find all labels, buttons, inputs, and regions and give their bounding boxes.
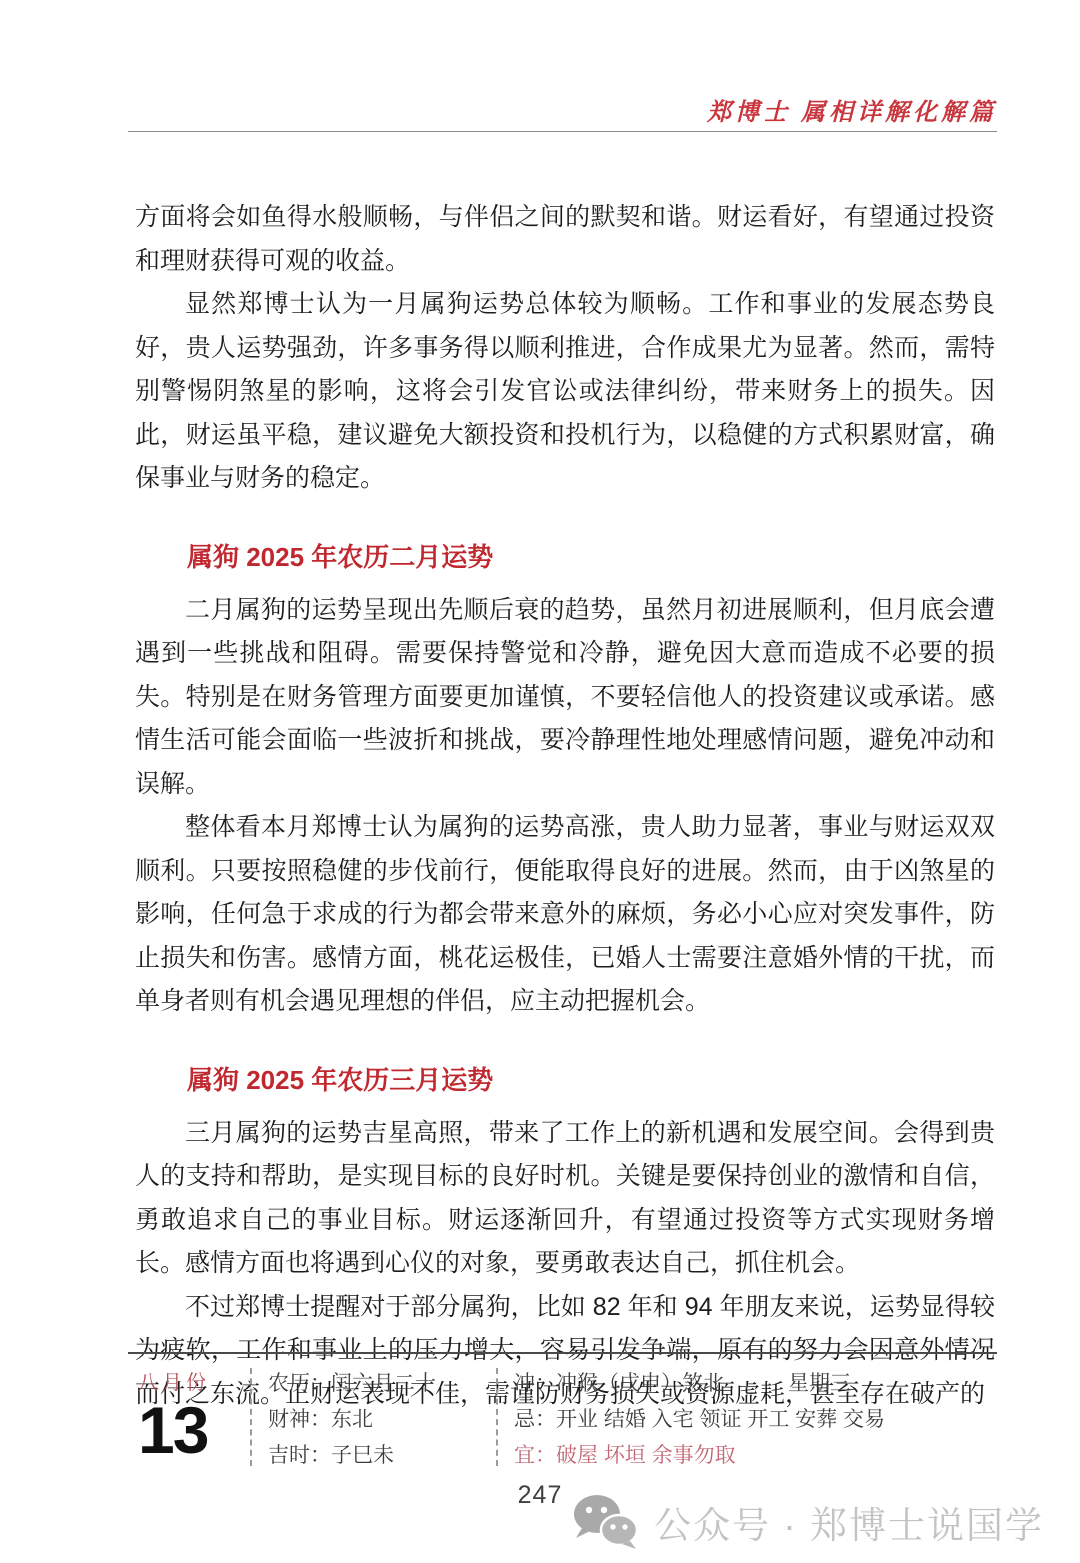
running-header: 郑博士 属相详解化解篇 [128, 92, 997, 132]
almanac-lunar-column: 农历：闰六月二十 财神：东北 吉时：子巳未 [268, 1366, 480, 1474]
almanac-lunar-date: 农历：闰六月二十 [268, 1366, 480, 1402]
almanac-day-number: 13 [138, 1397, 234, 1464]
watermark: 公众号 · 郑博士说国学 [572, 1494, 1044, 1550]
almanac-lucky-hours: 吉时：子巳未 [268, 1438, 480, 1474]
book-page: 郑博士 属相详解化解篇 方面将会如鱼得水般顺畅，与伴侣之间的默契和谐。财运看好，… [0, 0, 1080, 1563]
paragraph-february-2: 整体看本月郑博士认为属狗的运势高涨，贵人助力显著，事业与财运双双顺利。只要按照稳… [135, 806, 995, 1024]
wechat-icon [572, 1494, 640, 1550]
almanac-chong: 冲：冲猴（戊申）煞北 [514, 1366, 724, 1402]
paragraph-march-1: 三月属狗的运势吉星高照，带来了工作上的新机遇和发展空间。会得到贵人的支持和帮助，… [135, 1112, 995, 1286]
almanac-yi: 宜：破屋 坏垣 余事勿取 [514, 1438, 997, 1474]
almanac-strip: 八月份 13 农历：闰六月二十 财神：东北 吉时：子巳未 冲：冲猴（戊申）煞北 … [128, 1352, 997, 1474]
running-header-title: 郑博士 属相详解化解篇 [707, 92, 997, 127]
dashed-divider [250, 1368, 252, 1466]
paragraph-january-continued: 方面将会如鱼得水般顺畅，与伴侣之间的默契和谐。财运看好，有望通过投资和理财获得可… [135, 196, 995, 283]
paragraph-february-1: 二月属狗的运势呈现出先顺后衰的趋势，虽然月初进展顺利，但月底会遭遇到一些挑战和阻… [135, 589, 995, 807]
watermark-text: 公众号 · 郑博士说国学 [654, 1495, 1044, 1549]
almanac-advice-column: 冲：冲猴（戊申）煞北 星期三 忌：开业 结婚 入宅 领证 开工 安葬 交易 宜：… [514, 1366, 997, 1474]
almanac-weekday: 星期三 [788, 1366, 851, 1402]
almanac-wealth-god: 财神：东北 [268, 1402, 480, 1438]
paragraph-january-summary: 显然郑博士认为一月属狗运势总体较为顺畅。工作和事业的发展态势良好，贵人运势强劲，… [135, 283, 995, 501]
dashed-divider [496, 1368, 498, 1466]
almanac-ji: 忌：开业 结婚 入宅 领证 开工 安葬 交易 [514, 1402, 997, 1438]
document-body: 方面将会如鱼得水般顺畅，与伴侣之间的默契和谐。财运看好，有望通过投资和理财获得可… [135, 196, 995, 1416]
almanac-date-block: 八月份 13 [128, 1366, 234, 1474]
section-heading-february: 属狗 2025 年农历二月运势 [135, 537, 995, 577]
section-heading-march: 属狗 2025 年农历三月运势 [135, 1060, 995, 1100]
almanac-chong-row: 冲：冲猴（戊申）煞北 星期三 [514, 1366, 997, 1402]
almanac-month-label: 八月份 [138, 1366, 234, 1395]
